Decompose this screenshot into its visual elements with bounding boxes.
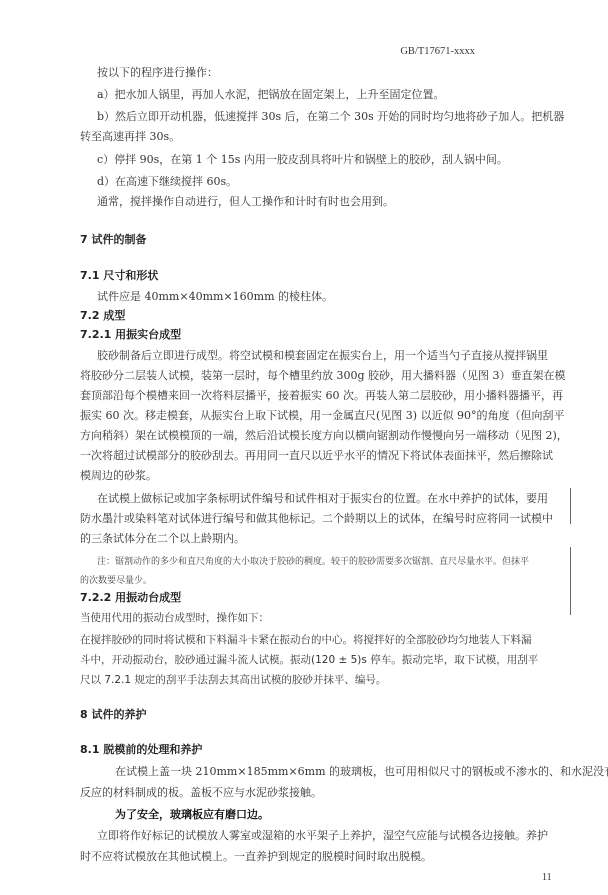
para-8-1-line: 反应的材料制成的板。盖板不应与水泥砂浆接触。 [80,786,322,800]
section-7-title: 7 试件的制备 [80,233,146,247]
para-7-2-2-line: 斗中，开动振动台，胶砂通过漏斗流人试模。振动(120 ± 5)s 停车。振动完毕… [80,653,538,667]
document-page: GB/T17671-xxxx 按以下的程序进行操作： a）把水加人锅里，再加人水… [0,0,608,895]
procedure-step-b: b）然后立即开动机器，低速搅拌 30s 后，在第二个 30s 开始的同时均匀地将… [97,110,564,124]
para-7-2-1-line: 胶砂制备后立即进行成型。将空试模和模套固定在振实台上，用一个适当勺子直接从搅拌锅… [97,349,548,363]
para-7-2-1-line: 将胶砂分二层装人试模，装第一层时，每个槽里约放 300g 胶砂，用大播料器（见图… [80,369,566,383]
revision-bar [570,547,571,615]
para-marking-line: 防水墨汁或染料笔对试体进行编号和做其他标记。二个龄期以上的试体，在编号时应将同一… [80,512,553,526]
para-7-2-2-line: 在搅拌胶砂的同时将试模和下料漏斗卡紧在振动台的中心。将搅拌好的全部胶砂均匀地装人… [80,633,532,647]
para-marking-line: 在试模上做标记或加字条标明试件编号和试件相对于振实台的位置。在水中养护的试体，要… [97,492,548,506]
section-7-2-title: 7.2 成型 [80,309,125,323]
section-7-2-1-title: 7.2.1 用振实台成型 [80,328,181,342]
para-8-1-line: 在试模上盖一块 210mm×185mm×6mm 的玻璃板，也可用相似尺寸的钢板或… [115,765,608,779]
section-7-1-title: 7.1 尺寸和形状 [80,269,158,283]
para-marking-line: 的三条试体分在二个以上龄期内。 [80,532,245,546]
para-7-2-1-line: 振实 60 次。移走模套，从振实台上取下试模，用一金属直尺(见图 3) 以近似 … [80,409,565,423]
revision-bar [570,488,571,524]
procedure-step-c: c）停拌 90s，在第 1 个 15s 内用一胶皮刮具将叶片和锅壁上的胶砂，刮人… [97,153,508,167]
procedure-step-a: a）把水加人锅里，再加人水泥，把锅放在固定架上，上升至固定位置。 [97,88,445,102]
procedure-intro: 按以下的程序进行操作： [97,66,218,80]
section-7-2-2-intro: 当使用代用的振动台成型时，操作如下： [80,611,269,625]
para-7-2-1-line: 套顶部沿每个模槽来回一次将料层播平，接着振实 60 次。再装人第二层胶砂，用小播… [80,389,563,403]
section-8-1-title: 8.1 脱模前的处理和养护 [80,743,202,757]
section-8-title: 8 试件的养护 [80,708,146,722]
procedure-step-d: d）在高速下继续搅拌 60s。 [97,175,237,189]
procedure-note: 通常，搅拌操作自动进行，但人工操作和计时有时也会用到。 [97,195,394,209]
document-code: GB/T17671-xxxx [400,46,475,57]
para-7-2-1-line: 一次将超过试模部分的胶砂刮去。再用同一直尺以近乎水平的情况下将试体表面抹平，然后… [80,449,553,463]
para-7-2-2-line: 尺以 7.2.1 规定的刮平手法刮去其高出试模的胶砂并抹平、编号。 [80,673,386,687]
note-line: 的次数要尽量少。 [80,574,152,588]
note-line: 注：锯割动作的多少和直尺角度的大小取决于胶砂的稠度。较干的胶砂需要多次锯割、直尺… [97,555,529,569]
para-7-2-1-line: 模周边的砂浆。 [80,469,157,483]
section-7-2-2-title: 7.2.2 用振动台成型 [80,591,181,605]
para-7-2-1-line: 方向稍斜）架在试模模顶的一端，然后沿试模长度方向以横向锯割动作慢慢向另一端移动（… [80,429,568,443]
page-number: 11 [542,872,552,883]
para-8-1-curing-line: 时不应将试模放在其他试模上。一直养护到规定的脱模时间时取出脱模。 [80,850,432,864]
para-8-1-curing-line: 立即将作好标记的试模放人雾室或湿箱的水平架子上养护，湿空气应能与试模各边接触。养… [97,829,548,843]
procedure-step-b-cont: 转至高速再拌 30s。 [80,130,180,144]
safety-warning: 为了安全，玻璃板应有磨口边。 [115,808,269,822]
section-7-1-text: 试件应是 40mm×40mm×160mm 的棱柱体。 [97,290,333,304]
